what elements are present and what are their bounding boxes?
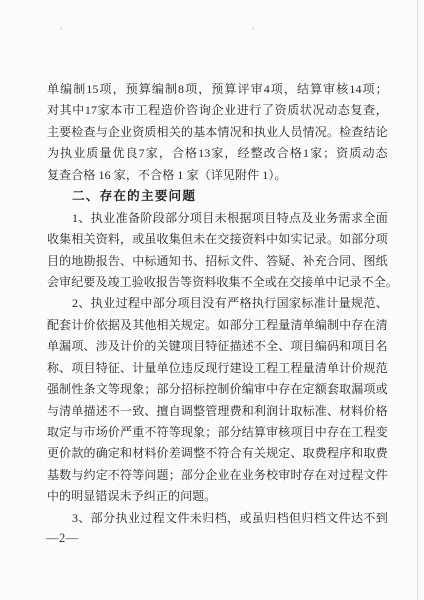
scan-edge-line <box>417 0 418 600</box>
text-line: 更价款的确定和材料价差调整不符合有关规定、取费程序和取费 <box>47 443 388 464</box>
text-line: 单漏项、涉及计价的关键项目特征描述不全、项目编码和项目名 <box>47 336 388 357</box>
text-line: 中的明显错误未予纠正的问题。 <box>47 486 388 507</box>
text-line: 与清单描述不一致、擅自调整管理费和利润计取标准、材料价格 <box>47 401 388 422</box>
text-line: 单编制15项，预算编制8项，预算评审4项，结算审核14项； <box>47 79 388 100</box>
section-heading: 二、存在的主要问题 <box>47 186 388 207</box>
text-line: 取定与市场价严重不符等现象；部分结算审核项目中存在工程变 <box>47 422 388 443</box>
text-line: 对其中17家本市工程造价咨询企业进行了资质状况动态复查， <box>47 100 388 121</box>
text-line: 强制性条文等现象；部分招标控制价编审中存在定额套取漏项或 <box>47 379 388 400</box>
document-page: 单编制15项，预算编制8项，预算评审4项，结算审核14项；对其中17家本市工程造… <box>0 0 424 600</box>
text-line: 目的地勘报告、中标通知书、招标文件、答疑、补充合同、图纸 <box>47 251 388 272</box>
scan-speck <box>252 27 255 30</box>
text-line: 2、执业过程中部分项目没有严格执行国家标准计量规范、 <box>47 293 388 314</box>
text-line: 为执业质量优良7家，合格13家，经整改合格1家；资质动态 <box>47 143 388 164</box>
page-number: —2— <box>46 531 79 546</box>
text-line: 复查合格 16 家，不合格 1 家（详见附件 1）。 <box>47 165 388 186</box>
text-line: 3、部分执业过程文件未归档，或虽归档但归档文件达不到 <box>47 508 388 529</box>
text-line: 配套计价依据及其他相关规定。如部分工程量清单编制中存在清 <box>47 315 388 336</box>
text-line: 称、项目特征、计量单位违反现行建设工程工程量清单计价规范 <box>47 358 388 379</box>
scan-speck <box>60 27 63 30</box>
document-lines: 单编制15项，预算编制8项，预算评审4项，结算审核14项；对其中17家本市工程造… <box>47 79 388 529</box>
text-line: 会审纪要及竣工验收报告等资料收集不全或在交接单中记录不全。 <box>47 272 388 293</box>
text-line: 基数与约定不符等问题；部分企业在业务校审时存在对过程文件 <box>47 465 388 486</box>
text-line: 1、执业准备阶段部分项目未根据项目特点及业务需求全面 <box>47 208 388 229</box>
text-line: 收集相关资料，或虽收集但未在交接资料中如实记录。如部分项 <box>47 229 388 250</box>
text-line: 主要检查与企业资质相关的基本情况和执业人员情况。检查结论 <box>47 122 388 143</box>
